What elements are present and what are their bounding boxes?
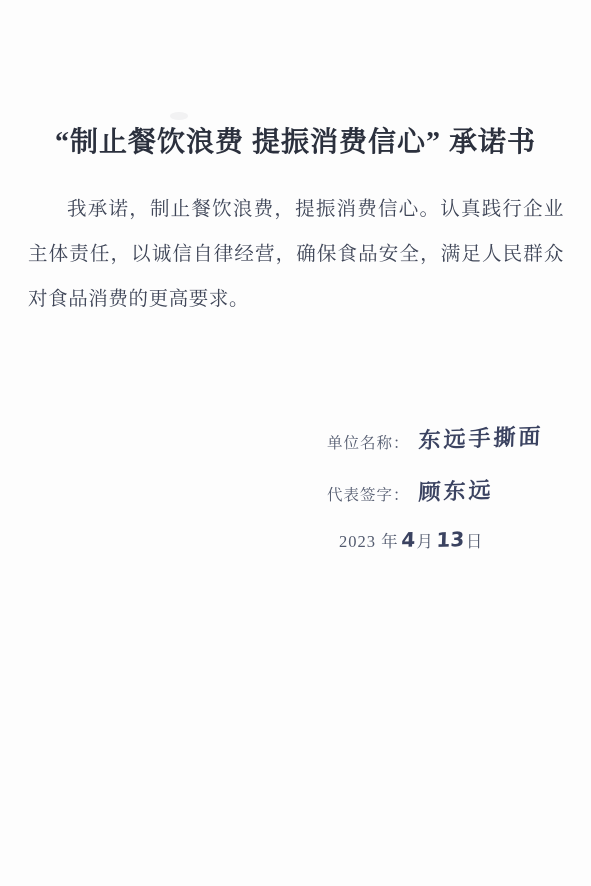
scan-artifact	[170, 112, 188, 120]
date-day-handwritten: 13	[436, 527, 465, 552]
company-name-label: 单位名称：	[327, 431, 410, 453]
date-month-handwritten: 4	[401, 527, 416, 552]
date-year-printed: 2023 年	[339, 528, 399, 552]
signature-block: 单位名称： 东远手撕面 代表签字： 顾东远 2023 年 4 月 13 日	[327, 424, 567, 558]
date-day-unit: 日	[466, 528, 484, 552]
company-name-handwritten: 东远手撕面	[418, 420, 544, 455]
document-page: “制止餐饮浪费 提振消费信心” 承诺书 我承诺，制止餐饮浪费，提振消费信心。认真…	[0, 0, 591, 886]
pledge-paragraph: 我承诺，制止餐饮浪费，提振消费信心。认真践行企业主体责任，以诚信自律经营，确保食…	[28, 187, 564, 322]
date-row: 2023 年 4 月 13 日	[339, 528, 567, 558]
representative-signature-row: 代表签字： 顾东远	[327, 476, 567, 506]
date-month-unit: 月	[417, 528, 435, 552]
representative-signature-handwritten: 顾东远	[418, 473, 494, 507]
representative-label: 代表签字：	[327, 483, 410, 505]
company-name-row: 单位名称： 东远手撕面	[327, 424, 567, 454]
document-title: “制止餐饮浪费 提振消费信心” 承诺书	[0, 120, 591, 160]
